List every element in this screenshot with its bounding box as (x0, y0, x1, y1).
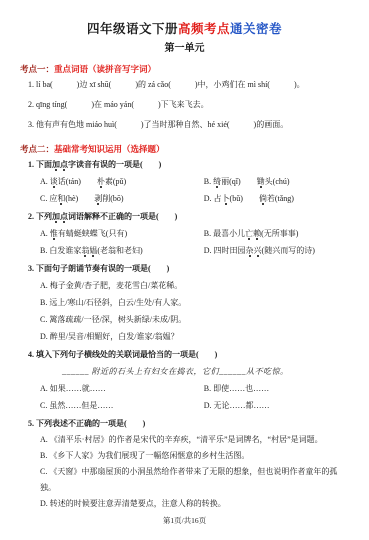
option-b-2: B. 《乡下人家》为我们展现了一幅悠闲惬意的乡村生活图。 (40, 448, 349, 464)
option-letter: C. (40, 315, 49, 324)
emphasis-dot-char: 卜 (222, 194, 230, 203)
section-1-heading: 考点一：重点词语（读拼音写字词） (20, 63, 349, 75)
emphasis-dot-char: 锄 (257, 177, 265, 186)
emphasis-dot-char: 赖 (253, 229, 261, 238)
question-2-3: 3. 下面句子朗诵节奏有误的一项是( )A. 梅子金黄/杏子肥，麦花雪白/菜花稀… (20, 261, 349, 345)
option-letter: C. (40, 401, 49, 410)
option-letter: A. (40, 229, 50, 238)
option-c-3: C. 应和(hè) 剥削(bō) (40, 190, 204, 207)
option-d-4: D. 四时田园杂兴(随兴而写的诗) (204, 242, 349, 259)
question-stem: 5. 下列表述不正确的一项是( ) (28, 416, 349, 432)
option-letter: D. (204, 401, 214, 410)
emphasis-dot-char: 朴 (97, 177, 105, 186)
option-a-1: A. 谈话(tán) 朴素(pǔ) (40, 173, 204, 190)
option-letter: D. (40, 332, 50, 341)
option-b-2: B. 绮丽(qǐ) 锄头(chú) (204, 173, 349, 190)
section-heading-prefix: 考点一： (20, 64, 54, 74)
option-d-4: D. 无论……都…… (204, 397, 349, 414)
option-b-2: B. 远上/寒山/石径斜，白云/生处/有人家。 (40, 294, 349, 311)
option-d-4: D. 占卜(bǔ) 倘若(tǎng) (204, 190, 349, 207)
option-letter: A. (40, 384, 50, 393)
emphasis-dot-char: 杂 (246, 246, 254, 255)
question-stem: 3. 下面句子朗诵节奏有误的一项是( ) (28, 261, 349, 277)
emphasis-dot-char: 和 (57, 194, 65, 203)
option-letter: C. (40, 467, 49, 476)
page-number-footer: 第1页/共16页 (0, 515, 369, 526)
option-letter: D. (204, 194, 214, 203)
section-2: 考点二：基础常考知识运用（选择题）1. 下面加点字读音有误的一项是( )A. 谈… (20, 143, 349, 512)
blank-sentence: ______ 附近的石头上有妇女在捣衣，它们______从不吃惊。 (28, 363, 349, 380)
question-2-1: 1. 下面加点字读音有误的一项是( )A. 谈话(tán) 朴素(pǔ)B. 绮… (20, 157, 349, 207)
option-a-1: A. 如果……就…… (40, 380, 204, 397)
page-title: 四年级语文下册高频考点通关密卷 (20, 22, 349, 36)
option-letter: B. (204, 229, 213, 238)
option-d-4: D. 转述的时候要注意弄清楚要点，注意人称的转换。 (40, 496, 349, 512)
option-letter: B. (40, 451, 49, 460)
option-a-1: A. 梅子金黄/杏子肥，麦花雪白/菜花稀。 (40, 277, 349, 294)
option-letter: B. (204, 177, 213, 186)
sections-container: 考点一：重点词语（读拼音写字词）1. lí ba( )边 xī shū( )的 … (20, 63, 349, 512)
options-list: A. 梅子金黄/杏子肥，麦花雪白/菜花稀。B. 远上/寒山/石径斜，白云/生处/… (28, 277, 349, 345)
option-c-3: C. 篱落疏疏/一径/深，树头新绿/未成/阴。 (40, 311, 349, 328)
option-letter: B. (40, 298, 49, 307)
emphasis-dot-char: 媪 (89, 246, 97, 255)
option-b-3: B. 白发谁家翁媪(老翁和老妇) (40, 242, 204, 259)
option-b-2: B. 最喜小儿亡赖(无所事事) (204, 225, 349, 242)
emphasis-dot-char: 绮 (213, 177, 221, 186)
option-letter: A. (40, 435, 50, 444)
options-list: A. 惟有蜻蜓蛱蝶飞(只有)B. 最喜小儿亡赖(无所事事)B. 白发谁家翁媪(老… (28, 225, 349, 259)
option-letter: D. (40, 499, 50, 508)
option-c-3: C. 《天窗》中那扇屋顶的小洞虽然给作者带来了无限的想象，但也说明作者童年的孤独… (40, 464, 349, 496)
emphasis-dot-char: 亡 (245, 229, 253, 238)
emphasis-dot-char: 加 (52, 212, 60, 221)
emphasis-dot-char: 惟 (50, 229, 58, 238)
option-letter: A. (40, 177, 50, 186)
question-2-5: 5. 下列表述不正确的一项是( )A. 《清平乐·村居》的作者是宋代的辛弃疾，“… (20, 416, 349, 512)
exam-page: 四年级语文下册高频考点通关密卷 第一单元 考点一：重点词语（读拼音写字词）1. … (0, 0, 369, 540)
options-list: A. 谈话(tán) 朴素(pǔ)B. 绮丽(qǐ) 锄头(chú)C. 应和(… (28, 173, 349, 207)
title-series-part: 通关密卷 (230, 22, 282, 36)
question-stem: 4. 填入下列句子横线处的关联词最恰当的一项是( ) (28, 347, 349, 363)
emphasis-dot-char: 兴 (254, 246, 262, 255)
option-letter: B. (204, 384, 213, 393)
emphasis-dot-char: 谈 (50, 177, 58, 186)
option-c-3: C. 虽然……但是…… (40, 397, 204, 414)
section-1: 考点一：重点词语（读拼音写字词）1. lí ba( )边 xī shū( )的 … (20, 63, 349, 135)
title-grade-part: 四年级语文下册 (87, 22, 178, 36)
question-1-2: 2. qīng tíng( )在 máo yán( )下飞来飞去。 (20, 95, 349, 115)
option-d-4: D. 醉里/吴音/相媚好，白发/谁家/翁媪？ (40, 328, 349, 345)
option-a-1: A. 惟有蜻蜓蛱蝶飞(只有) (40, 225, 204, 242)
emphasis-dot-char: 点 (60, 212, 68, 221)
option-letter: C. (40, 194, 49, 203)
emphasis-dot-char: 点 (60, 160, 68, 169)
option-b-2: B. 即使……也…… (204, 380, 349, 397)
question-1-3: 3. 他有声有色地 miáo huì( )了当时那种自然、hé xié( )的画… (20, 115, 349, 135)
emphasis-dot-char: 倘 (259, 194, 267, 203)
option-letter: D. (204, 246, 214, 255)
question-stem: 2. 下列加点词语解释不正确的一项是( ) (28, 209, 349, 225)
section-2-heading: 考点二：基础常考知识运用（选择题） (20, 143, 349, 155)
option-letter: A. (40, 281, 50, 290)
question-1-1: 1. lí ba( )边 xī shū( )的 zá cǎo( )中，小鸡们在 … (20, 75, 349, 95)
options-list: A. 如果……就……B. 即使……也……C. 虽然……但是……D. 无论……都…… (28, 380, 349, 414)
emphasis-dot-char: 加 (52, 160, 60, 169)
options-list: A. 《清平乐·村居》的作者是宋代的辛弃疾，“清平乐”是词牌名，“村居”是词题。… (28, 432, 349, 512)
option-a-1: A. 《清平乐·村居》的作者是宋代的辛弃疾，“清平乐”是词牌名，“村居”是词题。 (40, 432, 349, 448)
title-highlight-part: 高频考点 (178, 22, 230, 36)
question-2-2: 2. 下列加点词语解释不正确的一项是( )A. 惟有蜻蜓蛱蝶飞(只有)B. 最喜… (20, 209, 349, 259)
section-heading-rest: 重点词语（读拼音写字词） (54, 64, 156, 74)
section-heading-rest: 基础常考知识运用（选择题） (54, 144, 165, 154)
unit-subtitle: 第一单元 (20, 43, 349, 55)
emphasis-dot-char: 剥 (94, 194, 102, 203)
question-stem: 1. 下面加点字读音有误的一项是( ) (28, 157, 349, 173)
question-2-4: 4. 填入下列句子横线处的关联词最恰当的一项是( )______ 附近的石头上有… (20, 347, 349, 414)
option-letter: B. (40, 246, 49, 255)
section-heading-prefix: 考点二： (20, 144, 54, 154)
